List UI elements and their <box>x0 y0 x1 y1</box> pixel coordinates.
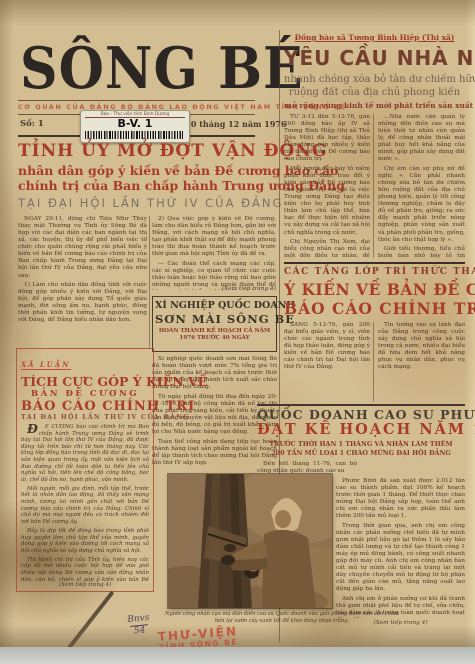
column-rule <box>373 322 374 402</box>
yeu-cau-deck-3: mở rộng vùng kinh tế mới phát triển sản … <box>284 101 465 110</box>
continued-note: (Xem tiếp trang 4) <box>21 582 149 588</box>
son-mai-subtitle: HOÀN THÀNH KẾ HOẠCH CẢ NĂM 1976 TRƯỚC 40… <box>155 328 274 342</box>
continued-note: (Xem tiếp trang 4) <box>152 286 276 292</box>
editorial-box: XÃ LUẬN TÍCH CỰC GÓP Ý KIẾN VỀ BẢN ĐỀ CƯ… <box>16 348 154 592</box>
tri-thuc-headline-1: Ý KIẾN VỀ BẢN ĐỀ CƯƠNG <box>284 280 465 299</box>
library-sticker: Báo - Thư viện tỉnh Bình Dương B-V. 1 <box>80 110 190 143</box>
rubber-tapper-photo-art <box>168 474 332 608</box>
cao-su-headline-2: ĐẠT KẾ HOẠCH NĂM 1976 <box>257 421 465 438</box>
lead-column-1: NGÀY 29-11, đồng chí Tiêu Như Thủy thay … <box>18 216 147 348</box>
paragraph: Mọi người đều bày tỏ niềm phấn khởi được… <box>284 166 370 237</box>
handwriting-bottom: 54 <box>128 626 151 637</box>
paragraph: 2) Qua việc góp ý kiến về Đề cương, làm … <box>152 216 276 258</box>
paragraph: Đến hết tháng 11-76, cán bộ công nhân qu… <box>257 461 357 475</box>
lead-subhead-1: nhân dân góp ý kiến về bản Đề cương báo … <box>18 163 276 178</box>
paragraph: Chị Nguyễn Thị Xem, đại biểu công nhân c… <box>284 239 370 258</box>
son-mai-headline-box: XÍ NGHIỆP QUỐC DOANH SƠN MÀI SÔNG BÉ HOÀ… <box>152 296 277 352</box>
pen-shadow <box>66 591 115 652</box>
column-rule <box>373 114 374 258</box>
editorial-title-1: TÍCH CỰC GÓP Ý KIẾN VỀ <box>21 374 149 389</box>
tri-thuc-column-2: Tin tưởng vào sự lãnh đạo của Đảng trong… <box>378 322 465 402</box>
paragraph: SÁNG 5-12-76, gần 200 đại biểu giáo viên… <box>284 322 370 371</box>
rule <box>284 262 465 264</box>
tri-thuc-kicker: CÁC TẦNG LỚP TRÍ THỨC THAM GIA <box>284 267 465 277</box>
yeu-cau-deck-1: nhanh chóng xóa bỏ tàn dư chiếm hữu <box>284 74 465 85</box>
yeu-cau-column-1: TỪ 3-12 đến 5-12-76, gần 200 đồng bào ấp… <box>284 114 370 258</box>
yeu-cau-column-2: ...Nhà nước cần quản lý những đồn điền c… <box>378 114 465 258</box>
newspaper-page: SÔNG BÉ CƠ QUAN CỦA ĐẢNG BỘ ĐẢNG LAO ĐỘN… <box>0 0 475 647</box>
lead-headline: TỈNH ỦY MỞ ĐỢT VẬN ĐỘNG <box>18 141 276 161</box>
barcode-icon <box>85 131 185 139</box>
son-mai-title-2: SƠN MÀI SÔNG BÉ <box>155 312 274 326</box>
rubber-tapper-photo <box>168 474 332 608</box>
cao-su-subhead-2: 200 TẤN MỦ LOẠI 1 CHÀO MỪNG ĐẠI HỘI ĐẢNG <box>257 449 465 457</box>
paragraph: ...Nhà nước cần quản lý những đồn điền c… <box>378 114 465 163</box>
paragraph: Tin tưởng vào sự lãnh đạo của Đảng trong… <box>378 322 465 371</box>
paragraph: Trong thời gian qua, anh chị em công nhâ… <box>336 523 465 594</box>
editorial-label: XÃ LUẬN <box>21 360 71 370</box>
paragraph: Giới tiểu thương, tiểu chủ buôn bán nhỏ … <box>378 246 465 258</box>
yeu-cau-deck-2: ruộng đất của địa chủ phong kiến <box>284 87 465 98</box>
issue-number: Số: 1 <box>20 119 44 129</box>
editorial-title-2: BẢN ĐỀ CƯƠNG <box>21 389 149 399</box>
table-surface <box>0 647 475 664</box>
paragraph: Đây là dịp tốt để đồng bào trong tỉnh ph… <box>21 528 149 554</box>
paragraph: Chị em cán sự phụ nữ đề nghị: « Cần phải… <box>378 166 465 244</box>
son-mai-title-1: XÍ NGHIỆP QUỐC DOANH <box>155 300 274 312</box>
cao-su-column-2: Phước Bình đã sản xuất được 2.012 tấn ca… <box>336 478 465 618</box>
editorial-body: ĐỀ CƯƠNG báo cáo chính trị mà Ban chấp h… <box>21 424 149 582</box>
cao-su-headline-1: QUỐC DOANH CAO SU PHƯỚC BÌNH <box>257 407 465 422</box>
column-rule <box>149 216 150 348</box>
tri-thuc-column-1: SÁNG 5-12-76, gần 200 đại biểu giáo viên… <box>284 322 370 402</box>
paragraph: TỪ 3-12 đến 5-12-76, gần 200 đồng bào ấp… <box>284 114 370 163</box>
paragraph: 1) Làm cho nhân dân đồng tình với cuộc đ… <box>18 282 147 324</box>
editorial-title-4: TẠI ĐẠI HỘI LẦN THỨ IV CỦA ĐẢNG <box>21 414 149 421</box>
sticker-code: B-V. 1 <box>85 118 185 130</box>
rule <box>257 404 465 406</box>
rule <box>18 100 255 101</box>
handwritten-catalog-mark: Bnvs 54 <box>127 614 151 637</box>
tri-thuc-headline-2: BÁO CÁO CHÍNH TRỊ <box>284 299 465 318</box>
editorial-title-3: BÁO CÁO CHÍNH TRỊ <box>21 399 149 414</box>
paragraph: ĐỀ CƯƠNG báo cáo chính trị mà Ban chấp h… <box>21 424 149 483</box>
paragraph: NGÀY 29-11, đồng chí Tiêu Như Thủy thay … <box>18 216 147 280</box>
paragraph: Thi hành chỉ thị của Tỉnh ủy, hiện nay c… <box>21 557 149 582</box>
paragraph: Mỗi người, mỗi gia đình, mỗi tập thể, tr… <box>21 486 149 526</box>
masthead-title: SÔNG BÉ <box>20 34 263 106</box>
lead-subhead-2: chính trị của Ban chấp hành Trung ương Đ… <box>18 178 276 193</box>
lead-subhead-3: TẠI ĐẠI HỘI LẦN THỨ IV CỦA ĐẢNG <box>18 196 276 210</box>
lead-column-2: 2) Qua việc góp ý kiến về Đề cương, làm … <box>152 216 276 290</box>
yeu-cau-kicker: Đồng bào xã Tương Bình Hiệp (Thị xã) <box>284 33 465 42</box>
paragraph: Phước Bình đã sản xuất được 2.012 tấn ca… <box>336 478 465 520</box>
photo-caption: Người công nhân cạo mủ đồn điền cao su Q… <box>162 611 402 625</box>
yeu-cau-headline: YÊU CẦU NHÀ NƯỚC <box>284 46 465 70</box>
cao-su-subhead-1: TRƯỚC THỜI HẠN 1 THÁNG VÀ NHẬN LÀM THÊM <box>257 440 465 448</box>
